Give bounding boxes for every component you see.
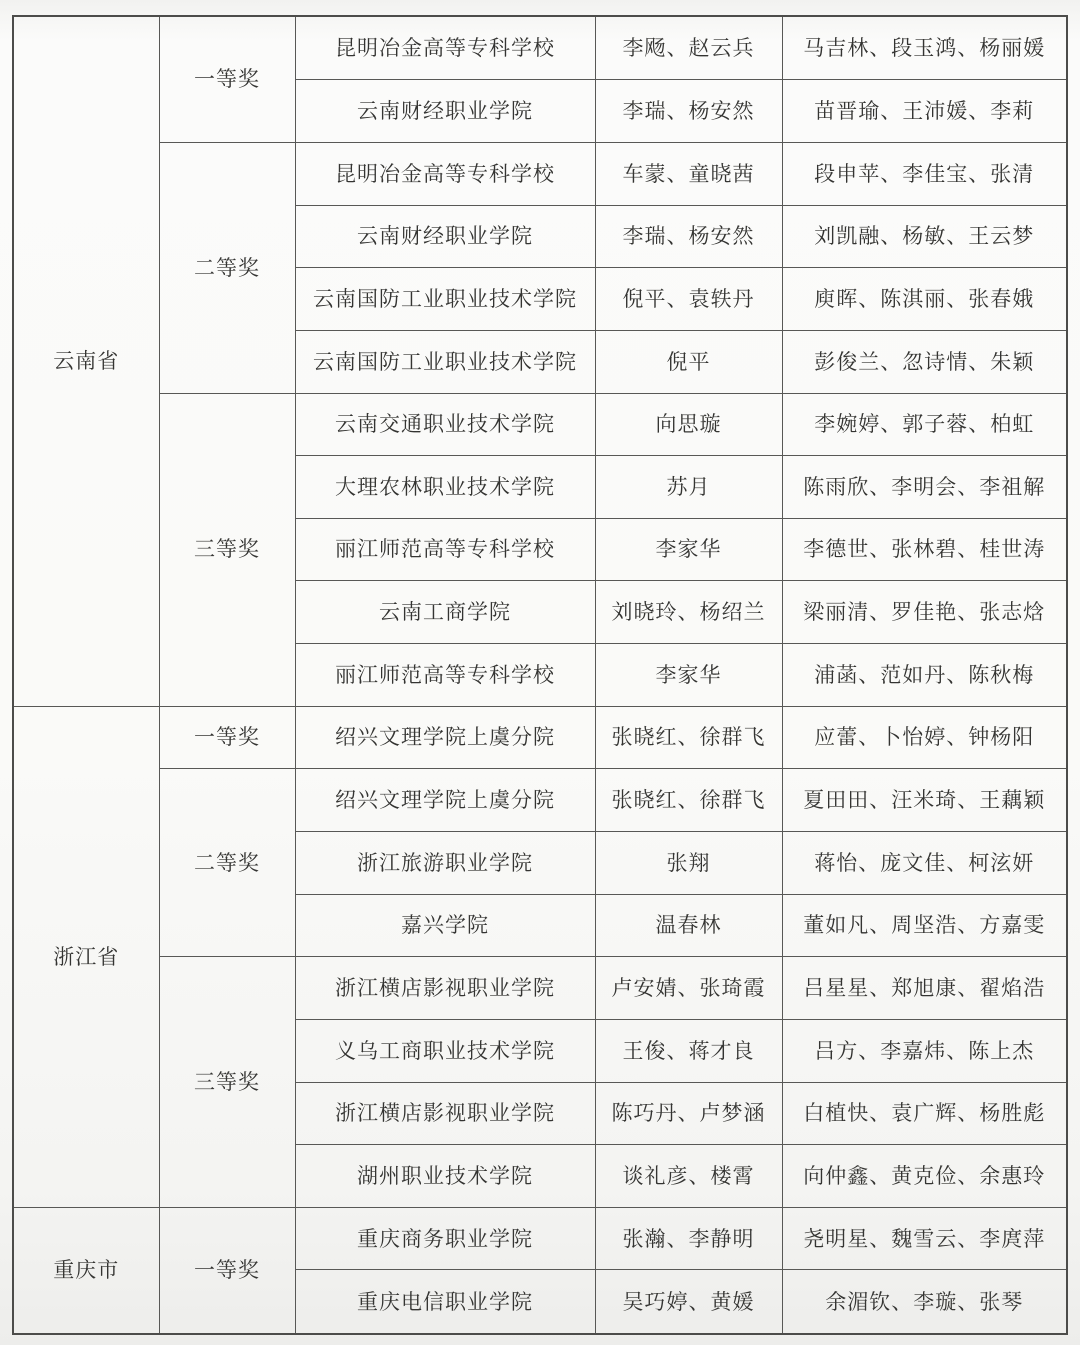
instructors-cell: 谈礼彦、楼霄 <box>595 1145 782 1208</box>
school-cell: 云南财经职业学院 <box>295 80 595 143</box>
award-level-cell: 三等奖 <box>159 393 295 706</box>
instructors-cell: 温春林 <box>595 894 782 957</box>
province-cell: 云南省 <box>13 16 159 706</box>
instructors-cell: 王俊、蒋才良 <box>595 1019 782 1082</box>
province-cell: 重庆市 <box>13 1207 159 1334</box>
table-row: 三等奖浙江横店影视职业学院卢安婧、张琦霞吕星星、郑旭康、翟焰浩 <box>13 957 1067 1020</box>
school-cell: 云南国防工业职业技术学院 <box>295 268 595 331</box>
students-cell: 应蕾、卜怡婷、钟杨阳 <box>782 706 1067 769</box>
instructors-cell: 张瀚、李静明 <box>595 1207 782 1270</box>
students-cell: 刘凯融、杨敏、王云梦 <box>782 205 1067 268</box>
students-cell: 段申苹、李佳宝、张清 <box>782 142 1067 205</box>
instructors-cell: 李家华 <box>595 644 782 707</box>
instructors-cell: 倪平、袁轶丹 <box>595 268 782 331</box>
instructors-cell: 李飏、赵云兵 <box>595 16 782 80</box>
award-level-cell: 二等奖 <box>159 142 295 393</box>
school-cell: 丽江师范高等专科学校 <box>295 518 595 581</box>
school-cell: 昆明冶金高等专科学校 <box>295 142 595 205</box>
students-cell: 浦菡、范如丹、陈秋梅 <box>782 644 1067 707</box>
students-cell: 李德世、张林碧、桂世涛 <box>782 518 1067 581</box>
students-cell: 蒋怡、庞文佳、柯泫妍 <box>782 831 1067 894</box>
instructors-cell: 张晓红、徐群飞 <box>595 769 782 832</box>
students-cell: 余湄钦、李璇、张琴 <box>782 1270 1067 1334</box>
students-cell: 彭俊兰、忽诗情、朱颖 <box>782 330 1067 393</box>
students-cell: 向仲鑫、黄克俭、余惠玲 <box>782 1145 1067 1208</box>
instructors-cell: 张翔 <box>595 831 782 894</box>
school-cell: 绍兴文理学院上虞分院 <box>295 706 595 769</box>
province-cell: 浙江省 <box>13 706 159 1207</box>
school-cell: 大理农林职业技术学院 <box>295 456 595 519</box>
instructors-cell: 倪平 <box>595 330 782 393</box>
award-level-cell: 三等奖 <box>159 957 295 1208</box>
instructors-cell: 苏月 <box>595 456 782 519</box>
award-level-cell: 一等奖 <box>159 16 295 142</box>
instructors-cell: 卢安婧、张琦霞 <box>595 957 782 1020</box>
students-cell: 白植快、袁广辉、杨胜彪 <box>782 1082 1067 1145</box>
instructors-cell: 李瑞、杨安然 <box>595 205 782 268</box>
instructors-cell: 向思璇 <box>595 393 782 456</box>
students-cell: 吕方、李嘉炜、陈上杰 <box>782 1019 1067 1082</box>
students-cell: 吕星星、郑旭康、翟焰浩 <box>782 957 1067 1020</box>
students-cell: 梁丽清、罗佳艳、张志焓 <box>782 581 1067 644</box>
students-cell: 苗晋瑜、王沛媛、李莉 <box>782 80 1067 143</box>
students-cell: 马吉林、段玉鸿、杨丽媛 <box>782 16 1067 80</box>
students-cell: 庾晖、陈淇丽、张春娥 <box>782 268 1067 331</box>
school-cell: 重庆电信职业学院 <box>295 1270 595 1334</box>
school-cell: 丽江师范高等专科学校 <box>295 644 595 707</box>
award-level-cell: 二等奖 <box>159 769 295 957</box>
school-cell: 浙江横店影视职业学院 <box>295 1082 595 1145</box>
table-row: 浙江省一等奖绍兴文理学院上虞分院张晓红、徐群飞应蕾、卜怡婷、钟杨阳 <box>13 706 1067 769</box>
students-cell: 董如凡、周坚浩、方嘉雯 <box>782 894 1067 957</box>
instructors-cell: 陈巧丹、卢梦涵 <box>595 1082 782 1145</box>
instructors-cell: 李家华 <box>595 518 782 581</box>
table-row: 二等奖绍兴文理学院上虞分院张晓红、徐群飞夏田田、汪米琦、王藕颖 <box>13 769 1067 832</box>
table-row: 重庆市一等奖重庆商务职业学院张瀚、李静明尧明星、魏雪云、李庹萍 <box>13 1207 1067 1270</box>
school-cell: 云南财经职业学院 <box>295 205 595 268</box>
instructors-cell: 车蒙、童晓茜 <box>595 142 782 205</box>
school-cell: 浙江旅游职业学院 <box>295 831 595 894</box>
school-cell: 云南交通职业技术学院 <box>295 393 595 456</box>
award-level-cell: 一等奖 <box>159 1207 295 1334</box>
students-cell: 李婉婷、郭子蓉、柏虹 <box>782 393 1067 456</box>
instructors-cell: 李瑞、杨安然 <box>595 80 782 143</box>
document-page: 云南省一等奖昆明冶金高等专科学校李飏、赵云兵马吉林、段玉鸿、杨丽媛云南财经职业学… <box>0 0 1080 1345</box>
table-row: 云南省一等奖昆明冶金高等专科学校李飏、赵云兵马吉林、段玉鸿、杨丽媛 <box>13 16 1067 80</box>
school-cell: 浙江横店影视职业学院 <box>295 957 595 1020</box>
instructors-cell: 张晓红、徐群飞 <box>595 706 782 769</box>
award-level-cell: 一等奖 <box>159 706 295 769</box>
school-cell: 嘉兴学院 <box>295 894 595 957</box>
awards-table-body: 云南省一等奖昆明冶金高等专科学校李飏、赵云兵马吉林、段玉鸿、杨丽媛云南财经职业学… <box>13 16 1067 1334</box>
awards-table: 云南省一等奖昆明冶金高等专科学校李飏、赵云兵马吉林、段玉鸿、杨丽媛云南财经职业学… <box>12 15 1068 1335</box>
table-row: 二等奖昆明冶金高等专科学校车蒙、童晓茜段申苹、李佳宝、张清 <box>13 142 1067 205</box>
school-cell: 义乌工商职业技术学院 <box>295 1019 595 1082</box>
school-cell: 绍兴文理学院上虞分院 <box>295 769 595 832</box>
school-cell: 昆明冶金高等专科学校 <box>295 16 595 80</box>
students-cell: 尧明星、魏雪云、李庹萍 <box>782 1207 1067 1270</box>
students-cell: 陈雨欣、李明会、李祖解 <box>782 456 1067 519</box>
students-cell: 夏田田、汪米琦、王藕颖 <box>782 769 1067 832</box>
school-cell: 重庆商务职业学院 <box>295 1207 595 1270</box>
school-cell: 云南国防工业职业技术学院 <box>295 330 595 393</box>
school-cell: 湖州职业技术学院 <box>295 1145 595 1208</box>
table-row: 三等奖云南交通职业技术学院向思璇李婉婷、郭子蓉、柏虹 <box>13 393 1067 456</box>
school-cell: 云南工商学院 <box>295 581 595 644</box>
instructors-cell: 刘晓玲、杨绍兰 <box>595 581 782 644</box>
instructors-cell: 吴巧婷、黄媛 <box>595 1270 782 1334</box>
